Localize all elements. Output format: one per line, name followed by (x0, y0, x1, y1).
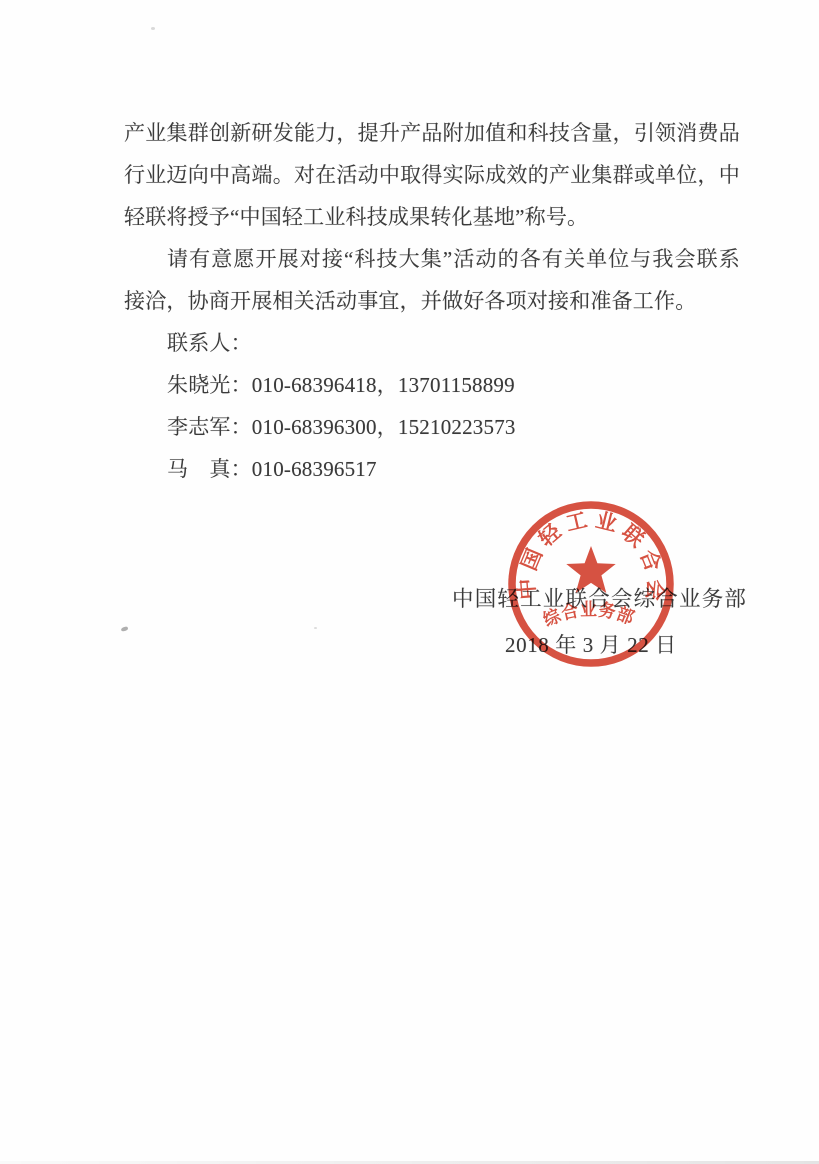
body-line: 产业集群创新研发能力，提升产品附加值和科技含量，引领消费品 (124, 112, 740, 154)
scanned-letter-page: 产业集群创新研发能力，提升产品附加值和科技含量，引领消费品 行业迈向中高端。对在… (0, 0, 819, 1164)
star-icon (566, 546, 615, 593)
scan-speck (314, 627, 317, 629)
scan-speck (121, 626, 129, 632)
body-line: 接洽，协商开展相关活动事宜，并做好各项对接和准备工作。 (124, 280, 740, 322)
contact-label-line: 联系人： (124, 322, 740, 364)
official-seal-stamp: 中国轻工业联合会 综合业务部 (501, 494, 681, 674)
body-line: 行业迈向中高端。对在活动中取得实际成效的产业集群或单位，中 (124, 154, 740, 196)
body-line: 轻联将授予“中国轻工业科技成果转化基地”称号。 (124, 196, 740, 238)
scan-speck (151, 27, 155, 30)
contact-line: 马 真：010-68396517 (124, 448, 740, 490)
letter-body: 产业集群创新研发能力，提升产品附加值和科技含量，引领消费品 行业迈向中高端。对在… (124, 112, 740, 490)
stamp-bottom-text-container: 综合业务部 (540, 599, 638, 631)
contact-line: 李志军：010-68396300，15210223573 (124, 406, 740, 448)
contact-line: 朱晓光：010-68396418，13701158899 (124, 364, 740, 406)
stamp-bottom-text: 综合业务部 (540, 599, 638, 631)
body-line: 请有意愿开展对接“科技大集”活动的各有关单位与我会联系 (124, 238, 740, 280)
